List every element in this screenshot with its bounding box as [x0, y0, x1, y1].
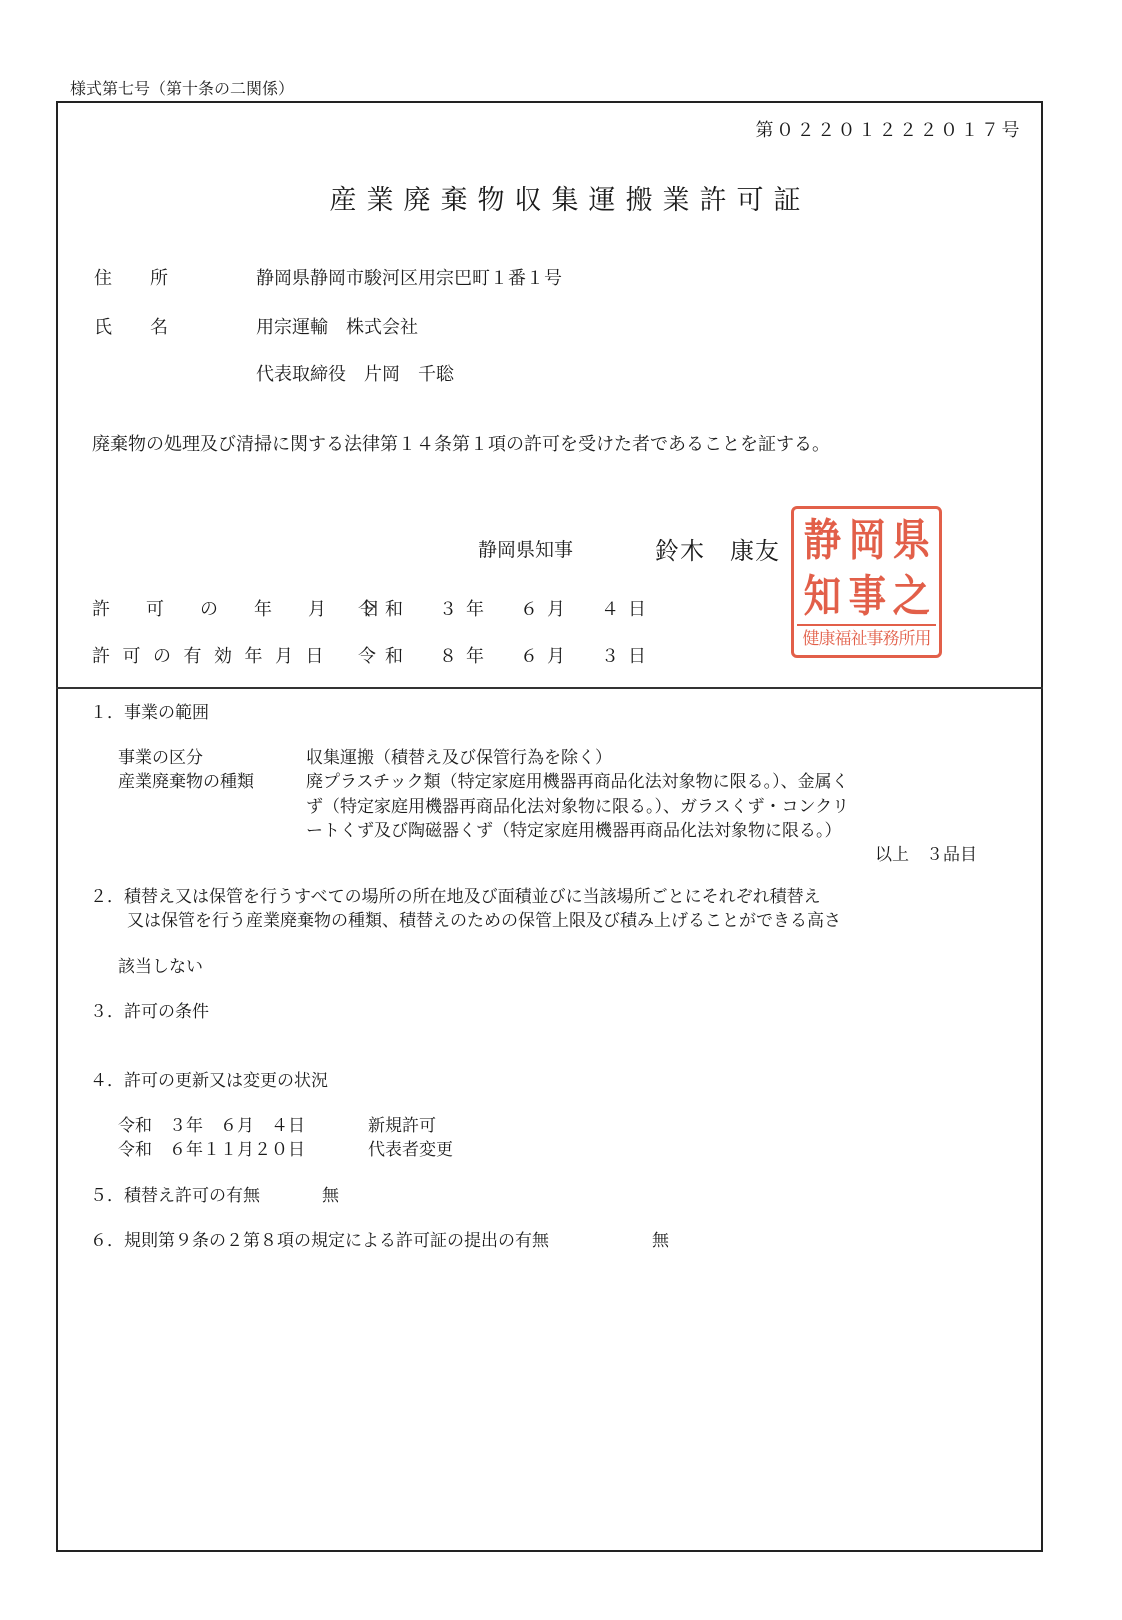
section-2-heading-line-1: ２．積替え又は保管を行うすべての場所の所在地及び面積並びに当該場所ごとにそれぞれ…: [90, 882, 821, 907]
seal-char: 事: [848, 569, 886, 625]
holder-representative: 代表取締役 片岡 千聡: [256, 360, 454, 386]
certification-statement: 廃棄物の処理及び清掃に関する法律第１４条第１項の許可を受けた者であることを証する…: [92, 430, 830, 456]
issuer-name: 鈴木 康友: [655, 531, 780, 566]
valid-until-label: 許可の有効年月日: [92, 642, 336, 668]
section-5-heading: ５．積替え許可の有無: [90, 1181, 260, 1206]
section-3-heading: ３．許可の条件: [90, 997, 209, 1022]
history-event-1: 新規許可: [368, 1111, 436, 1136]
history-date-2: 令和 ６年１１月２０日: [118, 1135, 305, 1160]
valid-until-date: 令和 ８年 ６月 ３日: [358, 642, 655, 668]
section-2-heading-line-2: 又は保管を行う産業廃棄物の種類、積替えのための保管上限及び積み上げることができる…: [127, 906, 841, 931]
holder-address: 静岡県静岡市駿河区用宗巴町１番１号: [256, 264, 562, 290]
history-date-1: 令和 ３年 ６月 ４日: [118, 1111, 305, 1136]
waste-type-line-3: ートくず及び陶磁器くず（特定家庭用機器再商品化法対象物に限る。）: [306, 816, 842, 841]
section-6-value: 無: [652, 1226, 669, 1251]
permit-date-label: 許 可 の 年 月 日: [92, 595, 389, 621]
seal-char: 知: [803, 569, 841, 625]
name-label-char-2: 名: [150, 313, 168, 339]
address-label-char-2: 所: [150, 264, 168, 290]
address-label-char-1: 住: [94, 264, 112, 290]
holder-company: 用宗運輸 株式会社: [256, 313, 418, 339]
permit-number: 第０２２０１２２２０１７号: [756, 116, 1023, 142]
seal-bottom-text: 健康福祉事務所用: [797, 624, 936, 652]
history-event-2: 代表者変更: [368, 1135, 453, 1160]
form-number-label: 様式第七号（第十条の二関係）: [70, 76, 294, 99]
business-type-label: 事業の区分: [118, 743, 203, 768]
official-seal: 静 岡 県 知 事 之 健康福祉事務所用: [791, 506, 942, 658]
waste-type-total: 以上 ３品目: [875, 840, 977, 865]
waste-type-label: 産業廃棄物の種類: [118, 767, 254, 792]
seal-char: 岡: [848, 513, 886, 569]
document-title: 産業廃棄物収集運搬業許可証: [0, 178, 1122, 217]
seal-char: 之: [893, 569, 931, 625]
section-5-value: 無: [322, 1181, 339, 1206]
section-6-heading: ６．規則第９条の２第８項の規定による許可証の提出の有無: [90, 1226, 549, 1251]
section-2-value: 該当しない: [118, 952, 203, 977]
permit-date: 令和 ３年 ６月 ４日: [358, 595, 655, 621]
section-1-heading: １．事業の範囲: [90, 698, 209, 723]
seal-char: 県: [893, 513, 931, 569]
business-type-value: 収集運搬（積替え及び保管行為を除く）: [306, 743, 612, 768]
waste-type-line-1: 廃プラスチック類（特定家庭用機器再商品化法対象物に限る。）、金属く: [306, 767, 849, 792]
issuer-title: 静岡県知事: [478, 535, 573, 562]
waste-type-line-2: ず（特定家庭用機器再商品化法対象物に限る。）、ガラスくず・コンクリ: [306, 792, 849, 817]
seal-char: 静: [803, 513, 841, 569]
name-label-char-1: 氏: [94, 313, 112, 339]
section-4-heading: ４．許可の更新又は変更の状況: [90, 1066, 328, 1091]
section-divider: [56, 687, 1043, 689]
